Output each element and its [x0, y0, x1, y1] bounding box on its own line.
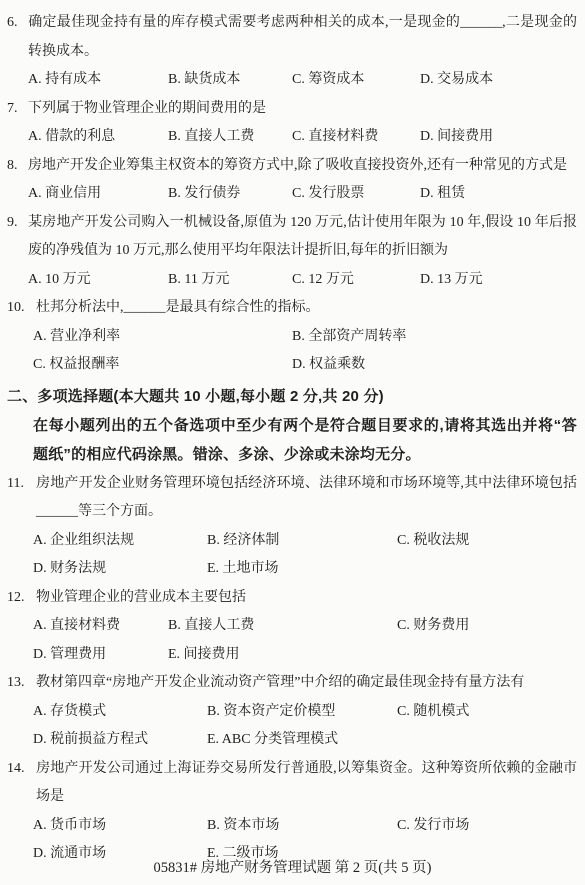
- option-a: A. 持有成本: [28, 66, 168, 95]
- question-12: 12.物业管理企业的营业成本主要包括: [7, 584, 577, 613]
- question-8-options: A. 商业信用 B. 发行债券 C. 发行股票 D. 租赁: [7, 180, 577, 209]
- question-8-stem: 房地产开发企业筹集主权资本的筹资方式中,除了吸收直接投资外,还有一种常见的方式是: [28, 158, 567, 173]
- question-13-stem: 教材第四章“房地产开发企业流动资产管理”中介绍的确定最佳现金持有量方法有: [36, 675, 524, 690]
- question-14-number: 14.: [7, 755, 36, 784]
- option-b: B. 发行债券: [168, 180, 292, 209]
- question-7-number: 7.: [7, 95, 28, 124]
- option-d: D. 管理费用: [33, 641, 168, 670]
- option-a: A. 营业净利率: [33, 323, 292, 352]
- question-6: 6.确定最佳现金持有量的库存模式需要考虑两种相关的成本,一是现金的______,…: [7, 9, 577, 66]
- option-d: D. 权益乘数: [292, 351, 365, 380]
- option-a: A. 商业信用: [28, 180, 168, 209]
- option-c: C. 权益报酬率: [33, 351, 292, 380]
- question-13-number: 13.: [7, 669, 36, 698]
- option-d: D. 财务法规: [33, 555, 207, 584]
- question-11: 11.房地产开发企业财务管理环境包括经济环境、法律环境和市场环境等,其中法律环境…: [7, 470, 577, 527]
- option-a: A. 存货模式: [33, 698, 207, 727]
- option-a: A. 货币市场: [33, 812, 207, 841]
- option-c: C. 随机模式: [397, 698, 469, 727]
- option-b: B. 缺货成本: [168, 66, 292, 95]
- question-8: 8.房地产开发企业筹集主权资本的筹资方式中,除了吸收直接投资外,还有一种常见的方…: [7, 152, 577, 181]
- question-6-stem: 确定最佳现金持有量的库存模式需要考虑两种相关的成本,一是现金的______,二是…: [28, 15, 577, 59]
- question-14-options-row-1: A. 货币市场 B. 资本市场 C. 发行市场: [7, 812, 577, 841]
- question-11-options-row-2: D. 财务法规 E. 土地市场: [7, 555, 577, 584]
- question-9-options: A. 10 万元 B. 11 万元 C. 12 万元 D. 13 万元: [7, 266, 577, 295]
- question-10: 10.杜邦分析法中,______是最具有综合性的指标。: [7, 294, 577, 323]
- question-7-stem: 下列属于物业管理企业的期间费用的是: [28, 101, 266, 116]
- option-b: B. 全部资产周转率: [292, 323, 406, 352]
- question-14-stem: 房地产开发公司通过上海证券交易所发行普通股,以筹集资金。这种筹资所依赖的金融市场…: [36, 761, 577, 805]
- option-c: C. 发行股票: [292, 180, 420, 209]
- question-13-options-row-1: A. 存货模式 B. 资本资产定价模型 C. 随机模式: [7, 698, 577, 727]
- question-6-number: 6.: [7, 9, 28, 38]
- exam-page: 6.确定最佳现金持有量的库存模式需要考虑两种相关的成本,一是现金的______,…: [0, 0, 585, 885]
- question-10-stem: 杜邦分析法中,______是最具有综合性的指标。: [36, 300, 320, 315]
- question-10-options-row-2: C. 权益报酬率 D. 权益乘数: [7, 351, 577, 380]
- page-footer: 05831# 房地产财务管理试题 第 2 页(共 5 页): [0, 856, 585, 877]
- question-13: 13.教材第四章“房地产开发企业流动资产管理”中介绍的确定最佳现金持有量方法有: [7, 669, 577, 698]
- option-b: B. 11 万元: [168, 266, 292, 295]
- question-10-options-row-1: A. 营业净利率 B. 全部资产周转率: [7, 323, 577, 352]
- question-6-options: A. 持有成本 B. 缺货成本 C. 筹资成本 D. 交易成本: [7, 66, 577, 95]
- option-d: D. 13 万元: [420, 266, 483, 295]
- option-c: C. 筹资成本: [292, 66, 420, 95]
- question-11-stem: 房地产开发企业财务管理环境包括经济环境、法律环境和市场环境等,其中法律环境包括_…: [36, 476, 577, 520]
- option-b: B. 经济体制: [207, 527, 397, 556]
- question-12-options-row-1: A. 直接材料费 B. 直接人工费 C. 财务费用: [7, 612, 577, 641]
- option-c: C. 税收法规: [397, 527, 469, 556]
- option-b: B. 资本资产定价模型: [207, 698, 397, 727]
- question-8-number: 8.: [7, 152, 28, 181]
- option-b: B. 直接人工费: [168, 123, 292, 152]
- option-d: D. 交易成本: [420, 66, 493, 95]
- question-9-stem: 某房地产开发公司购入一机械设备,原值为 120 万元,估计使用年限为 10 年,…: [28, 215, 577, 259]
- question-14: 14.房地产开发公司通过上海证券交易所发行普通股,以筹集资金。这种筹资所依赖的金…: [7, 755, 577, 812]
- option-d: D. 间接费用: [420, 123, 493, 152]
- section-2-title: 二、多项选择题(本大题共 10 小题,每小题 2 分,共 20 分): [7, 382, 577, 411]
- question-10-number: 10.: [7, 294, 36, 323]
- option-b: B. 直接人工费: [168, 612, 397, 641]
- option-e: E. 土地市场: [207, 555, 279, 584]
- question-11-options-row-1: A. 企业组织法规 B. 经济体制 C. 税收法规: [7, 527, 577, 556]
- question-11-number: 11.: [7, 470, 36, 499]
- option-d: D. 税前损益方程式: [33, 726, 207, 755]
- option-a: A. 企业组织法规: [33, 527, 207, 556]
- option-e: E. 间接费用: [168, 641, 240, 670]
- question-9: 9.某房地产开发公司购入一机械设备,原值为 120 万元,估计使用年限为 10 …: [7, 209, 577, 266]
- question-9-number: 9.: [7, 209, 28, 238]
- option-b: B. 资本市场: [207, 812, 397, 841]
- question-7-options: A. 借款的利息 B. 直接人工费 C. 直接材料费 D. 间接费用: [7, 123, 577, 152]
- option-c: C. 直接材料费: [292, 123, 420, 152]
- option-c: C. 12 万元: [292, 266, 420, 295]
- question-7: 7.下列属于物业管理企业的期间费用的是: [7, 95, 577, 124]
- option-a: A. 10 万元: [28, 266, 168, 295]
- option-c: C. 发行市场: [397, 812, 469, 841]
- question-12-options-row-2: D. 管理费用 E. 间接费用: [7, 641, 577, 670]
- question-12-stem: 物业管理企业的营业成本主要包括: [36, 590, 246, 605]
- section-2-instructions: 在每小题列出的五个备选项中至少有两个是符合题目要求的,请将其选出并将“答题纸”的…: [7, 411, 577, 469]
- option-a: A. 直接材料费: [33, 612, 168, 641]
- option-c: C. 财务费用: [397, 612, 469, 641]
- question-13-options-row-2: D. 税前损益方程式 E. ABC 分类管理模式: [7, 726, 577, 755]
- question-12-number: 12.: [7, 584, 36, 613]
- option-a: A. 借款的利息: [28, 123, 168, 152]
- option-e: E. ABC 分类管理模式: [207, 726, 338, 755]
- option-d: D. 租赁: [420, 180, 465, 209]
